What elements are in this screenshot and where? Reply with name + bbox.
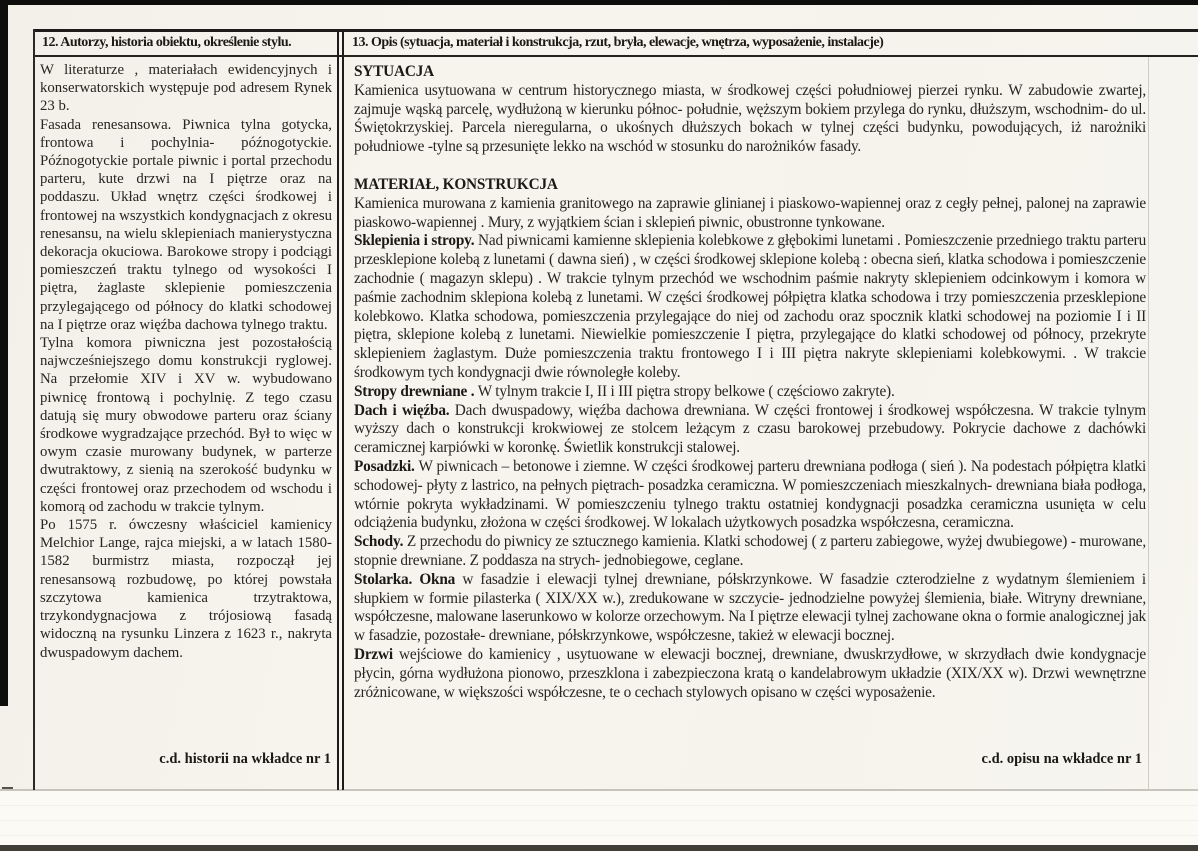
scanned-document-page: 12. Autorzy, historia obiektu, określeni… <box>0 0 1198 851</box>
section-13-header: 13. Opis (sytuacja, materiał i konstrukc… <box>352 35 883 51</box>
history-paragraph: Po 1575 r. ówczesny właściciel kamienicy… <box>40 516 332 662</box>
description-paragraph: Sklepienia i stropy. Nad piwnicami kamie… <box>354 232 1146 382</box>
description-section-heading: MATERIAŁ, KONSTRUKCJA <box>354 176 1146 195</box>
header-bottom-rule <box>33 55 1198 57</box>
paragraph-lead: Stropy drewniane . <box>354 383 474 400</box>
paragraph-lead: Posadzki. <box>354 458 415 475</box>
history-column: W literaturze , materiałach ewidencyjnyc… <box>40 61 332 662</box>
column-divider <box>337 29 344 790</box>
scan-bottom-bar <box>0 845 1198 851</box>
paragraph-text: wejściowe do kamienicy , usytuowane w el… <box>354 646 1146 701</box>
paragraph-text: w fasadzie i elewacji tylnej drewniane, … <box>354 571 1146 644</box>
history-paragraph: W literaturze , materiałach ewidencyjnyc… <box>40 61 332 116</box>
description-paragraph: Schody. Z przechodu do piwnicy ze sztucz… <box>354 533 1146 571</box>
description-paragraph: Posadzki. W piwnicach – betonowe i ziemn… <box>354 458 1146 533</box>
description-continuation-note: c.d. opisu na wkładce nr 1 <box>354 751 1142 768</box>
description-paragraph: Dach i więźba. Dach dwuspadowy, więźba d… <box>354 402 1146 458</box>
paragraph-text: W tylnym trakcie I, II i III piętra stro… <box>478 383 895 400</box>
description-paragraph: Stolarka. Okna w fasadzie i elewacji tyl… <box>354 571 1146 646</box>
paragraph-lead: Dach i więźba. <box>354 402 449 419</box>
scan-edge-left <box>0 0 8 706</box>
history-continuation-note: c.d. historii na wkładce nr 1 <box>40 751 331 768</box>
scan-bottom-strip <box>0 791 1198 851</box>
table-top-rule <box>33 29 1198 32</box>
paragraph-text: Z przechodu do piwnicy ze sztucznego kam… <box>354 533 1146 569</box>
paragraph-text: Dach dwuspadowy, więźba dachowa drewnian… <box>354 402 1146 457</box>
table-bottom-rule <box>0 789 1198 791</box>
table-right-border <box>1148 57 1149 789</box>
description-paragraph: Stropy drewniane . W tylnym trakcie I, I… <box>354 383 1146 402</box>
scan-edge-top <box>0 0 1198 5</box>
paragraph-lead: Stolarka. Okna <box>354 571 455 588</box>
paragraph-lead: Drzwi <box>354 646 393 663</box>
history-paragraph: Tylna komora piwniczna jest pozostałości… <box>40 334 332 516</box>
description-column: SYTUACJA Kamienica usytuowana w centrum … <box>354 63 1146 702</box>
description-paragraph: Kamienica usytuowana w centrum historycz… <box>354 82 1146 157</box>
description-paragraph: Kamienica murowana z kamienia granitoweg… <box>354 195 1146 233</box>
description-paragraph: Drzwi wejściowe do kamienicy , usytuowan… <box>354 646 1146 702</box>
paragraph-text: Nad piwnicami kamienne sklepienia kolebk… <box>354 232 1146 381</box>
table-left-border <box>33 29 35 790</box>
history-paragraph: Fasada renesansowa. Piwnica tylna gotyck… <box>40 116 332 334</box>
paragraph-lead: Sklepienia i stropy. <box>354 232 474 249</box>
description-section-heading: SYTUACJA <box>354 63 1146 82</box>
section-12-header: 12. Autorzy, historia obiektu, określeni… <box>42 35 291 51</box>
paragraph-lead: Schody. <box>354 533 403 550</box>
paragraph-text: W piwnicach – betonowe i ziemne. W częśc… <box>354 458 1146 531</box>
